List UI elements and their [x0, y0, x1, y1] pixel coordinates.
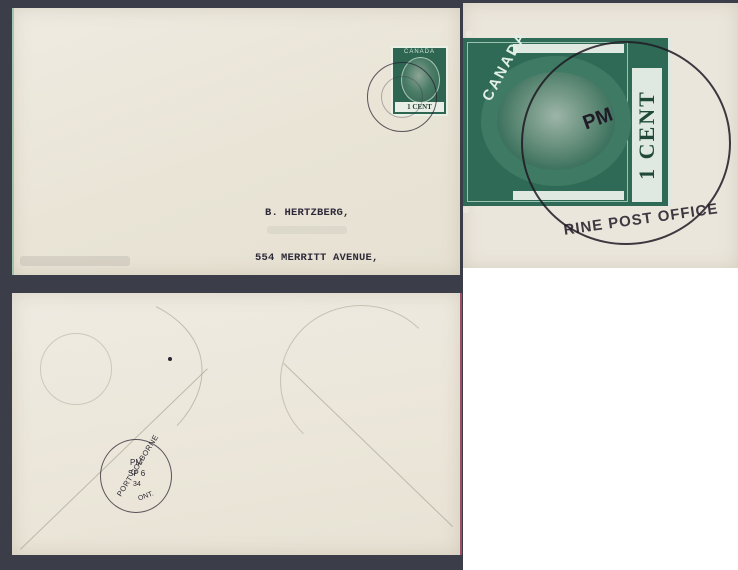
stamp-closeup: CANADA 1 CENT PM RINE POST OFFICE [463, 3, 738, 268]
envelope-front: B. HERTZBERG, 554 MERRITT AVENUE, OAKLAN… [12, 8, 460, 275]
address-line-street: 554 MERRITT AVENUE, [242, 251, 379, 266]
postmark-year: 34 [133, 481, 141, 488]
envelope-back: PORT COLBORNE PM SP 6 34 ONT. [12, 293, 460, 555]
address-line-name: B. HERTZBERG, [242, 206, 379, 221]
postmark-inner-ring [381, 76, 423, 118]
seal-circle [40, 333, 112, 405]
perforation-top [463, 30, 676, 38]
stamp-country: CANADA [393, 49, 446, 55]
postmark-time: PM [130, 458, 142, 467]
postmark-date: SP 6 [128, 469, 145, 478]
faint-handstamp [20, 256, 130, 266]
flap-edge-right [280, 305, 442, 457]
ink-dot [168, 357, 172, 361]
